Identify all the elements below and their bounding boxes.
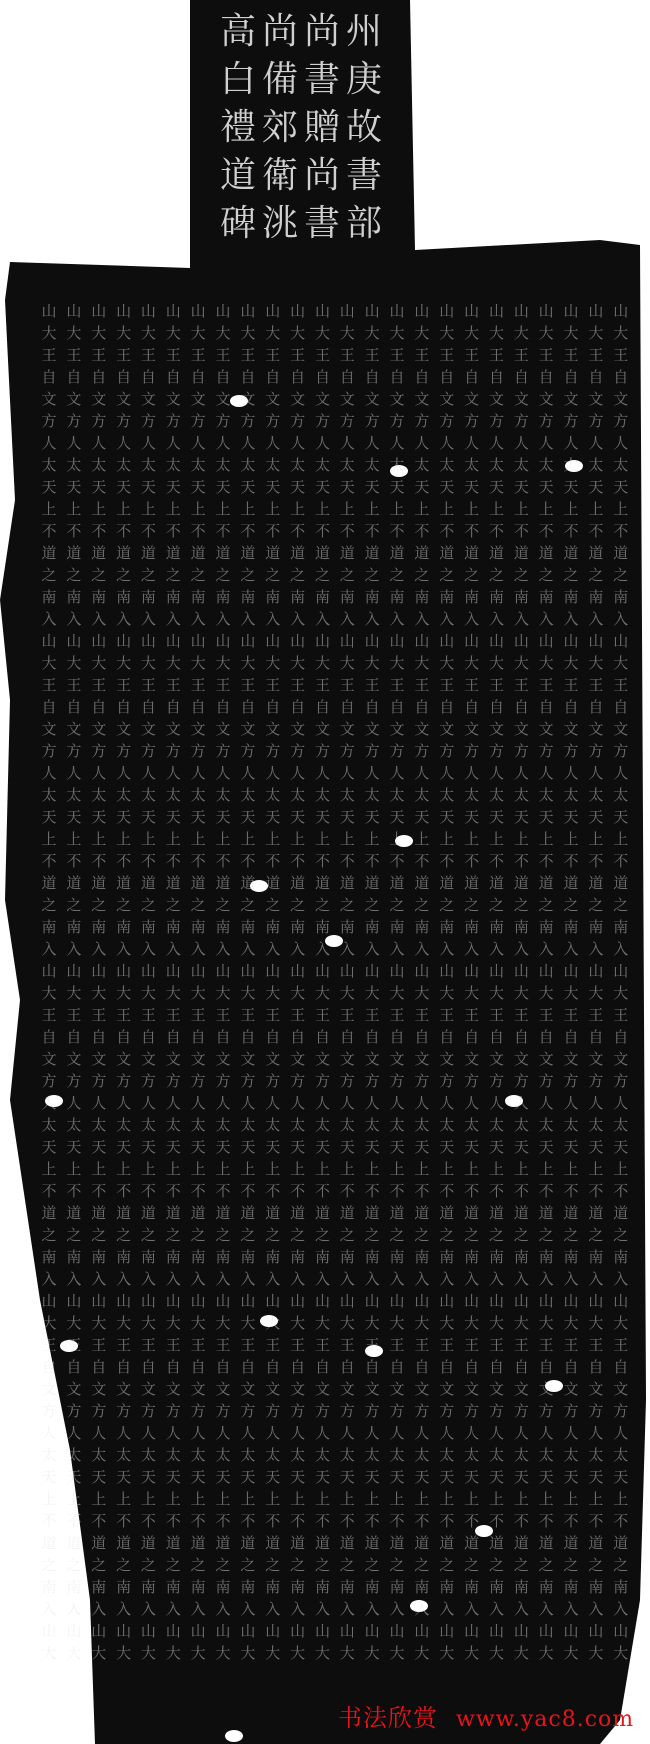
seal-character: 故 [346, 106, 382, 150]
inscription-column: 山大王自文方人太天上不道之南入山大王自文方人太天上不道之南入山大王自文方人太天上… [115, 300, 133, 1680]
inscription-column: 山大王自文方人太天上不道之南入山大王自文方人太天上不道之南入山大王自文方人太天上… [587, 300, 605, 1680]
inscription-column: 山大王自文方人太天上不道之南入山大王自文方人太天上不道之南入山大王自文方人太天上… [463, 300, 481, 1680]
inscription-column: 山大王自文方人太天上不道之南入山大王自文方人太天上不道之南入山大王自文方人太天上… [90, 300, 108, 1680]
inscription-column: 山大王自文方人太天上不道之南入山大王自文方人太天上不道之南入山大王自文方人太天上… [537, 300, 555, 1680]
inscription-column: 山大王自文方人太天上不道之南入山大王自文方人太天上不道之南入山大王自文方人太天上… [139, 300, 157, 1680]
inscription-column: 山大王自文方人太天上不道之南入山大王自文方人太天上不道之南入山大王自文方人太天上… [562, 300, 580, 1680]
inscription-column: 山大王自文方人太天上不道之南入山大王自文方人太天上不道之南入山大王自文方人太天上… [189, 300, 207, 1680]
seal-character: 禮 [220, 106, 256, 150]
seal-character: 書 [346, 154, 382, 198]
seal-character: 庚 [346, 58, 382, 102]
seal-script-header: 州庚故書部尚書贈尚書尚備郊衛洮高白禮道碑 [196, 10, 406, 260]
inscription-column: 山大王自文方人太天上不道之南入山大王自文方人太天上不道之南入山大王自文方人太天上… [313, 300, 331, 1680]
seal-character: 高 [220, 10, 256, 54]
seal-character: 尚 [304, 154, 340, 198]
seal-character: 道 [220, 154, 256, 198]
seal-character: 碑 [220, 202, 256, 246]
inscription-column: 山大王自文方人太天上不道之南入山大王自文方人太天上不道之南入山大王自文方人太天上… [65, 300, 83, 1680]
seal-character: 白 [220, 58, 256, 102]
seal-character: 洮 [262, 202, 298, 246]
seal-column: 尚書贈尚書 [304, 10, 340, 260]
seal-character: 書 [304, 58, 340, 102]
inscription-column: 山大王自文方人太天上不道之南入山大王自文方人太天上不道之南入山大王自文方人太天上… [413, 300, 431, 1680]
watermark: 书法欣赏 www.yac8.com [338, 1698, 634, 1733]
seal-character: 尚 [262, 10, 298, 54]
seal-column: 州庚故書部 [346, 10, 382, 260]
seal-character: 贈 [304, 106, 340, 150]
inscription-column: 山大王自文方人太天上不道之南入山大王自文方人太天上不道之南入山大王自文方人太天上… [40, 300, 58, 1680]
seal-character: 部 [346, 202, 382, 246]
seal-character: 書 [304, 202, 340, 246]
inscription-column: 山大王自文方人太天上不道之南入山大王自文方人太天上不道之南入山大王自文方人太天上… [388, 300, 406, 1680]
seal-character: 衛 [262, 154, 298, 198]
inscription-column: 山大王自文方人太天上不道之南入山大王自文方人太天上不道之南入山大王自文方人太天上… [214, 300, 232, 1680]
inscription-column: 山大王自文方人太天上不道之南入山大王自文方人太天上不道之南入山大王自文方人太天上… [363, 300, 381, 1680]
inscription-column: 山大王自文方人太天上不道之南入山大王自文方人太天上不道之南入山大王自文方人太天上… [438, 300, 456, 1680]
seal-column: 尚備郊衛洮 [262, 10, 298, 260]
inscription-column: 山大王自文方人太天上不道之南入山大王自文方人太天上不道之南入山大王自文方人太天上… [612, 300, 630, 1680]
inscription-column: 山大王自文方人太天上不道之南入山大王自文方人太天上不道之南入山大王自文方人太天上… [164, 300, 182, 1680]
seal-character: 備 [262, 58, 298, 102]
inscription-column: 山大王自文方人太天上不道之南入山大王自文方人太天上不道之南入山大王自文方人太天上… [289, 300, 307, 1680]
inscription-column: 山大王自文方人太天上不道之南入山大王自文方人太天上不道之南入山大王自文方人太天上… [239, 300, 257, 1680]
inscription-body: 山大王自文方人太天上不道之南入山大王自文方人太天上不道之南入山大王自文方人太天上… [40, 300, 630, 1680]
seal-character: 州 [346, 10, 382, 54]
inscription-column: 山大王自文方人太天上不道之南入山大王自文方人太天上不道之南入山大王自文方人太天上… [264, 300, 282, 1680]
seal-column: 高白禮道碑 [220, 10, 256, 260]
watermark-chinese: 书法欣赏 [338, 1704, 438, 1732]
seal-character: 郊 [262, 106, 298, 150]
inscription-column: 山大王自文方人太天上不道之南入山大王自文方人太天上不道之南入山大王自文方人太天上… [512, 300, 530, 1680]
inscription-column: 山大王自文方人太天上不道之南入山大王自文方人太天上不道之南入山大王自文方人太天上… [487, 300, 505, 1680]
seal-character: 尚 [304, 10, 340, 54]
watermark-url: www.yac8.com [456, 1707, 634, 1732]
inscription-column: 山大王自文方人太天上不道之南入山大王自文方人太天上不道之南入山大王自文方人太天上… [338, 300, 356, 1680]
